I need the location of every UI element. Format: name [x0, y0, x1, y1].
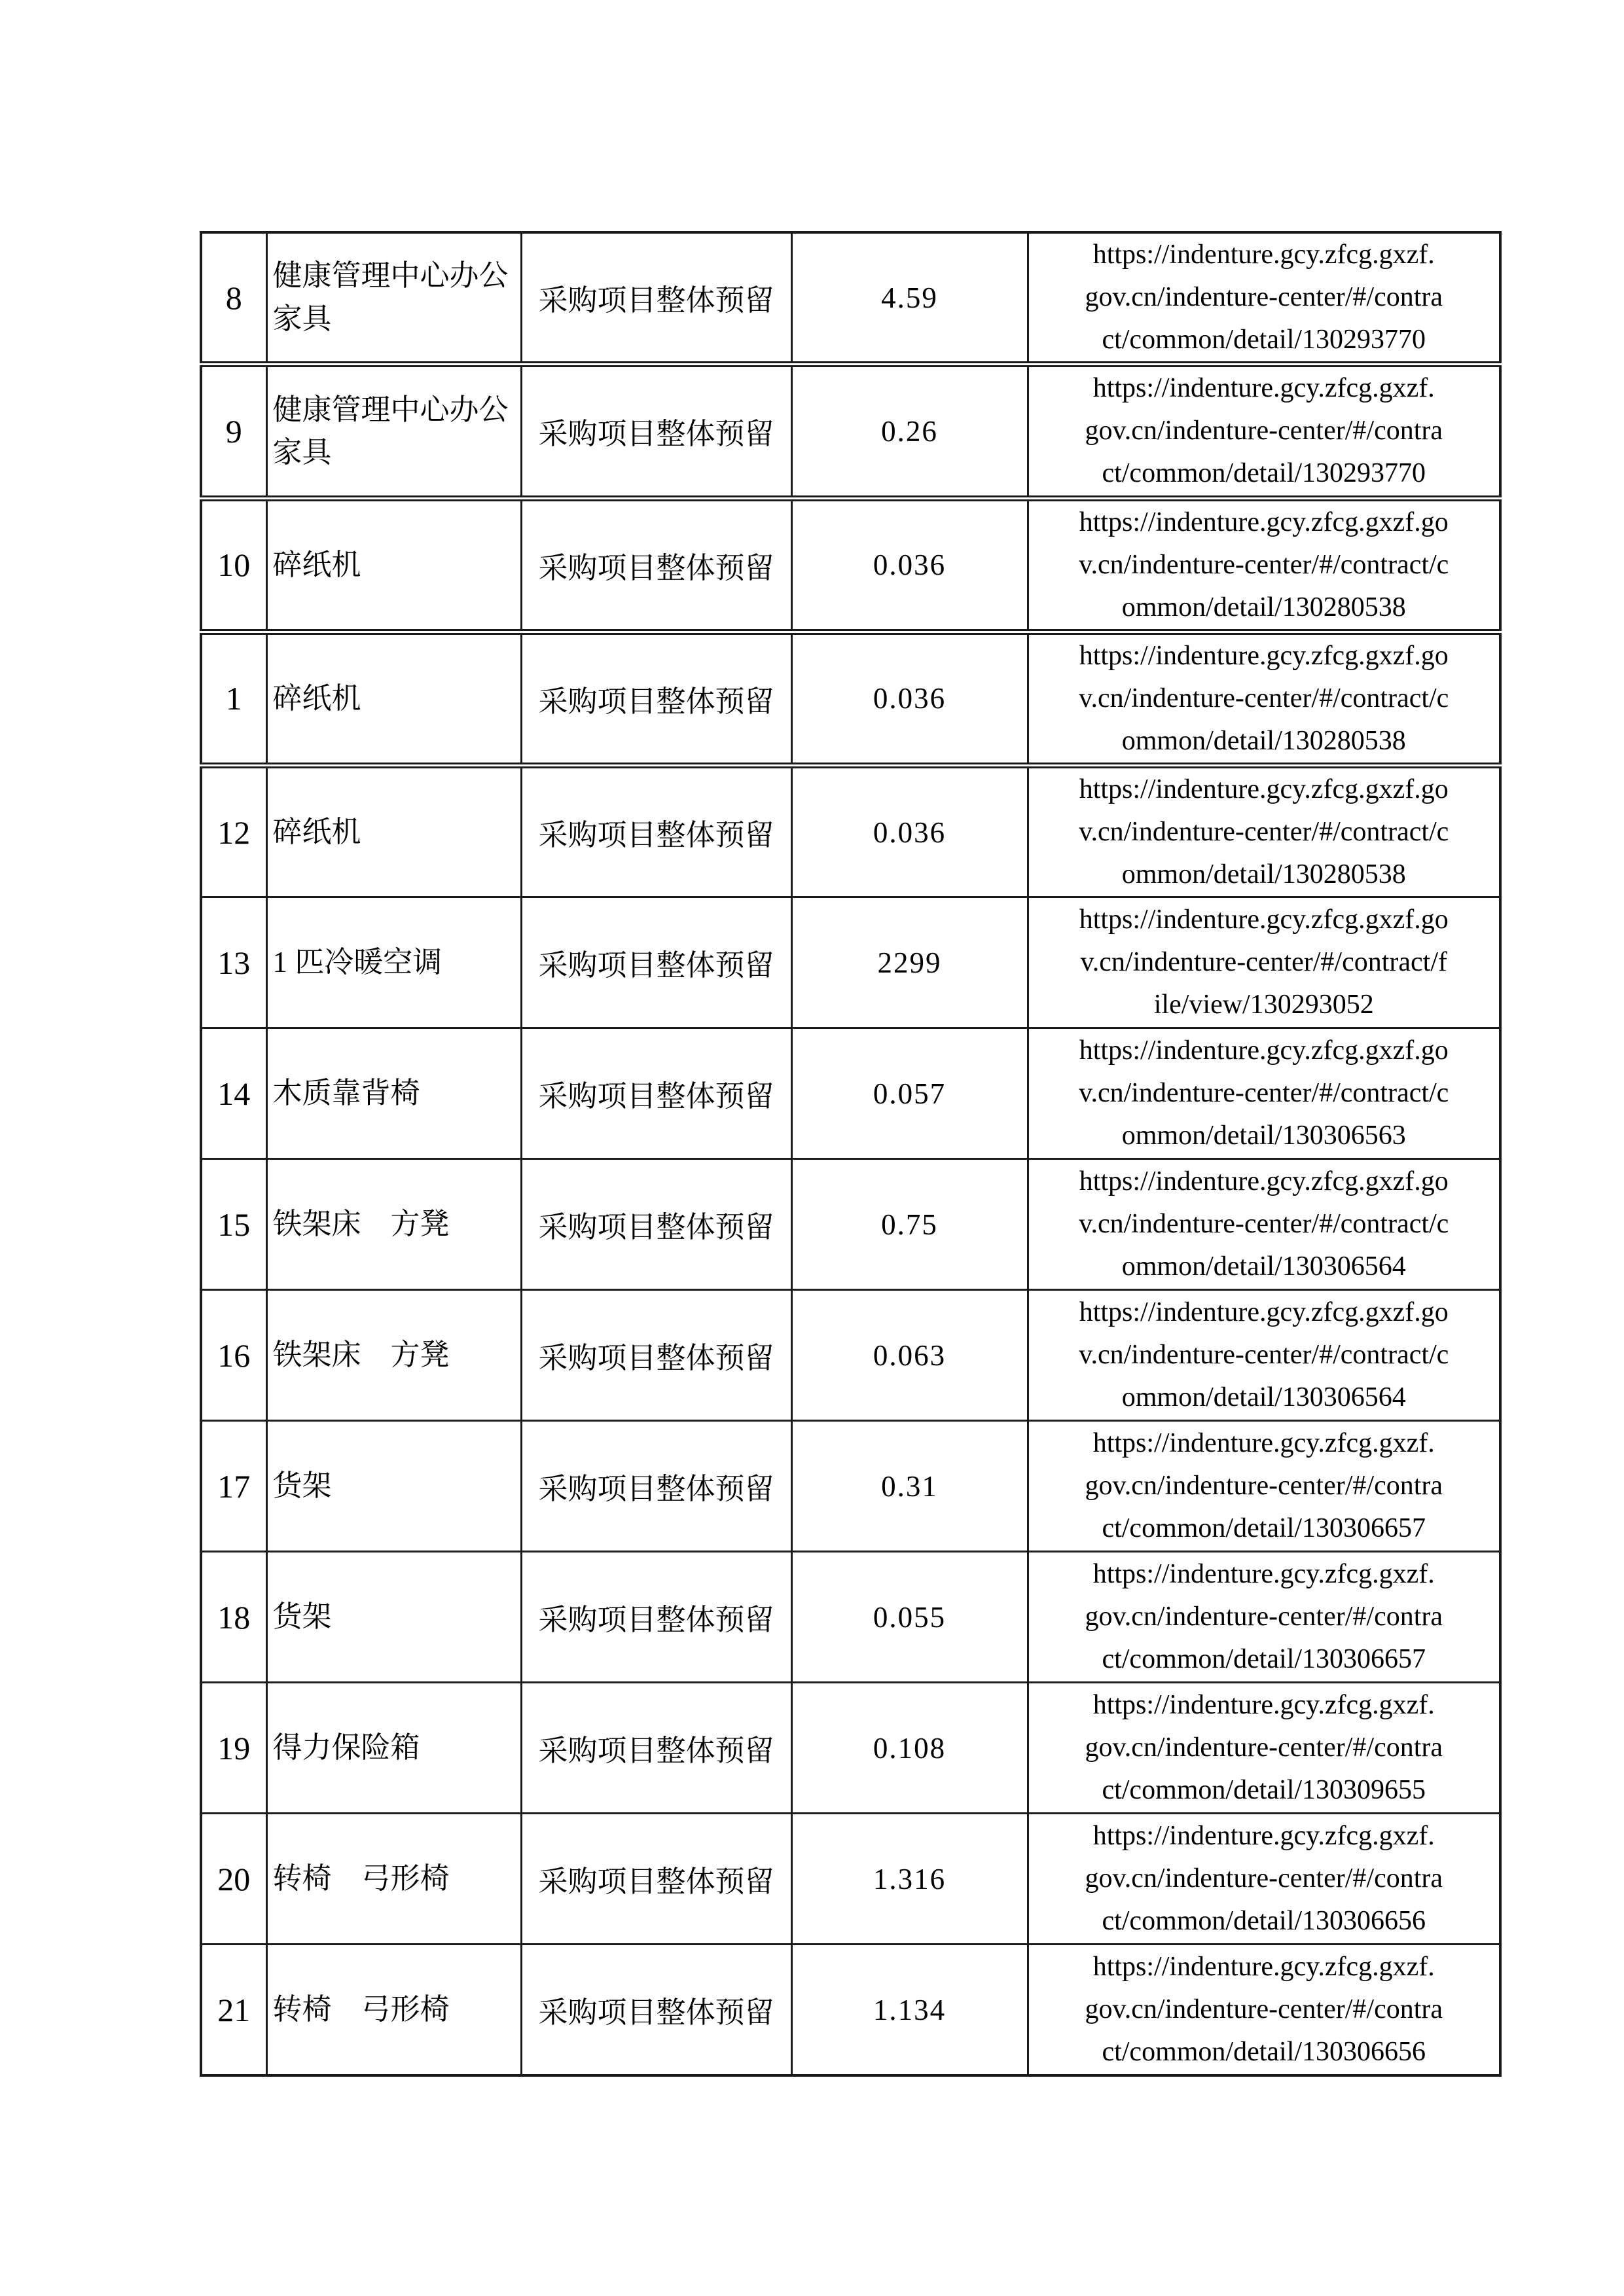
row-number-cell: 10: [201, 498, 266, 632]
item-name-cell: 转椅 弓形椅: [266, 1814, 521, 1945]
table-row: 16 铁架床 方凳 采购项目整体预留 0.063 https://indentu…: [201, 1290, 1500, 1421]
item-name-cell: 木质靠背椅: [266, 1028, 521, 1159]
table-row: 1 碎纸机 采购项目整体预留 0.036 https://indenture.g…: [201, 632, 1500, 765]
item-name-cell: 碎纸机: [266, 498, 521, 632]
row-number-cell: 21: [201, 1945, 266, 2075]
contract-url-cell: https://indenture.gcy.zfcg.gxzf. gov.cn/…: [1028, 1552, 1500, 1683]
amount-cell: 0.26: [791, 365, 1028, 498]
row-number-cell: 1: [201, 632, 266, 765]
table-row: 8 健康管理中心办公家具 采购项目整体预留 4.59 https://inden…: [201, 232, 1500, 365]
item-name-cell: 碎纸机: [266, 766, 521, 897]
contract-url-cell: https://indenture.gcy.zfcg.gxzf. gov.cn/…: [1028, 1683, 1500, 1814]
row-number-cell: 12: [201, 766, 266, 897]
contract-url-cell: https://indenture.gcy.zfcg.gxzf.go v.cn/…: [1028, 1159, 1500, 1290]
amount-cell: 0.036: [791, 766, 1028, 897]
document-page: 8 健康管理中心办公家具 采购项目整体预留 4.59 https://inden…: [0, 0, 1624, 2296]
item-name-cell: 铁架床 方凳: [266, 1290, 521, 1421]
amount-cell: 4.59: [791, 232, 1028, 365]
contract-url-cell: https://indenture.gcy.zfcg.gxzf.go v.cn/…: [1028, 897, 1500, 1028]
item-name-cell: 1 匹冷暖空调: [266, 897, 521, 1028]
item-name-cell: 得力保险箱: [266, 1683, 521, 1814]
row-number-cell: 19: [201, 1683, 266, 1814]
amount-cell: 1.134: [791, 1945, 1028, 2075]
item-name-cell: 铁架床 方凳: [266, 1159, 521, 1290]
amount-cell: 0.036: [791, 498, 1028, 632]
amount-cell: 1.316: [791, 1814, 1028, 1945]
amount-cell: 0.057: [791, 1028, 1028, 1159]
item-name-cell: 货架: [266, 1421, 521, 1552]
reserve-type-cell: 采购项目整体预留: [521, 498, 791, 632]
reserve-type-cell: 采购项目整体预留: [521, 1028, 791, 1159]
reserve-type-cell: 采购项目整体预留: [521, 1814, 791, 1945]
item-name-cell: 碎纸机: [266, 632, 521, 765]
reserve-type-cell: 采购项目整体预留: [521, 1421, 791, 1552]
reserve-type-cell: 采购项目整体预留: [521, 1159, 791, 1290]
amount-cell: 0.108: [791, 1683, 1028, 1814]
procurement-contract-table: 8 健康管理中心办公家具 采购项目整体预留 4.59 https://inden…: [200, 231, 1502, 2077]
reserve-type-cell: 采购项目整体预留: [521, 1290, 791, 1421]
contract-url-cell: https://indenture.gcy.zfcg.gxzf.go v.cn/…: [1028, 498, 1500, 632]
reserve-type-cell: 采购项目整体预留: [521, 1552, 791, 1683]
table-row: 20 转椅 弓形椅 采购项目整体预留 1.316 https://indentu…: [201, 1814, 1500, 1945]
row-number-cell: 8: [201, 232, 266, 365]
amount-cell: 0.75: [791, 1159, 1028, 1290]
table-row: 17 货架 采购项目整体预留 0.31 https://indenture.gc…: [201, 1421, 1500, 1552]
table-row: 9 健康管理中心办公家具 采购项目整体预留 0.26 https://inden…: [201, 365, 1500, 498]
table-row: 10 碎纸机 采购项目整体预留 0.036 https://indenture.…: [201, 498, 1500, 632]
table-row: 19 得力保险箱 采购项目整体预留 0.108 https://indentur…: [201, 1683, 1500, 1814]
reserve-type-cell: 采购项目整体预留: [521, 1945, 791, 2075]
reserve-type-cell: 采购项目整体预留: [521, 766, 791, 897]
row-number-cell: 15: [201, 1159, 266, 1290]
item-name-cell: 货架: [266, 1552, 521, 1683]
reserve-type-cell: 采购项目整体预留: [521, 232, 791, 365]
table-row: 12 碎纸机 采购项目整体预留 0.036 https://indenture.…: [201, 766, 1500, 897]
table-row: 14 木质靠背椅 采购项目整体预留 0.057 https://indentur…: [201, 1028, 1500, 1159]
row-number-cell: 20: [201, 1814, 266, 1945]
contract-url-cell: https://indenture.gcy.zfcg.gxzf. gov.cn/…: [1028, 365, 1500, 498]
amount-cell: 0.055: [791, 1552, 1028, 1683]
item-name-cell: 转椅 弓形椅: [266, 1945, 521, 2075]
amount-cell: 0.036: [791, 632, 1028, 765]
row-number-cell: 9: [201, 365, 266, 498]
row-number-cell: 18: [201, 1552, 266, 1683]
reserve-type-cell: 采购项目整体预留: [521, 632, 791, 765]
row-number-cell: 16: [201, 1290, 266, 1421]
item-name-cell: 健康管理中心办公家具: [266, 232, 521, 365]
reserve-type-cell: 采购项目整体预留: [521, 365, 791, 498]
row-number-cell: 13: [201, 897, 266, 1028]
reserve-type-cell: 采购项目整体预留: [521, 897, 791, 1028]
table-row: 13 1 匹冷暖空调 采购项目整体预留 2299 https://indentu…: [201, 897, 1500, 1028]
reserve-type-cell: 采购项目整体预留: [521, 1683, 791, 1814]
amount-cell: 0.063: [791, 1290, 1028, 1421]
contract-url-cell: https://indenture.gcy.zfcg.gxzf. gov.cn/…: [1028, 232, 1500, 365]
table-row: 18 货架 采购项目整体预留 0.055 https://indenture.g…: [201, 1552, 1500, 1683]
amount-cell: 2299: [791, 897, 1028, 1028]
contract-url-cell: https://indenture.gcy.zfcg.gxzf. gov.cn/…: [1028, 1814, 1500, 1945]
table-row: 15 铁架床 方凳 采购项目整体预留 0.75 https://indentur…: [201, 1159, 1500, 1290]
row-number-cell: 14: [201, 1028, 266, 1159]
contract-url-cell: https://indenture.gcy.zfcg.gxzf. gov.cn/…: [1028, 1421, 1500, 1552]
contract-url-cell: https://indenture.gcy.zfcg.gxzf.go v.cn/…: [1028, 1028, 1500, 1159]
contract-url-cell: https://indenture.gcy.zfcg.gxzf.go v.cn/…: [1028, 766, 1500, 897]
item-name-cell: 健康管理中心办公家具: [266, 365, 521, 498]
contract-url-cell: https://indenture.gcy.zfcg.gxzf. gov.cn/…: [1028, 1945, 1500, 2075]
row-number-cell: 17: [201, 1421, 266, 1552]
table-row: 21 转椅 弓形椅 采购项目整体预留 1.134 https://indentu…: [201, 1945, 1500, 2075]
amount-cell: 0.31: [791, 1421, 1028, 1552]
contract-url-cell: https://indenture.gcy.zfcg.gxzf.go v.cn/…: [1028, 1290, 1500, 1421]
contract-url-cell: https://indenture.gcy.zfcg.gxzf.go v.cn/…: [1028, 632, 1500, 765]
